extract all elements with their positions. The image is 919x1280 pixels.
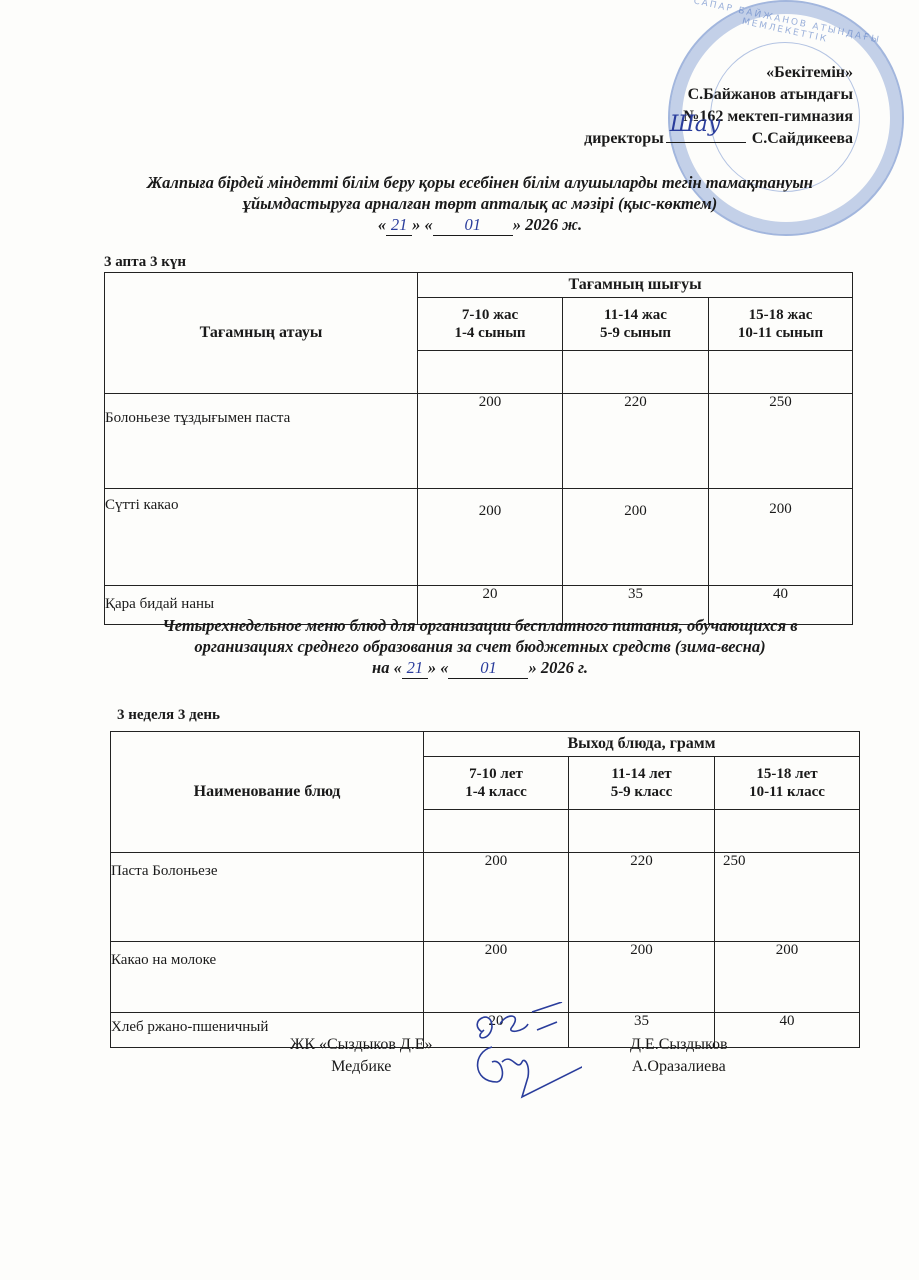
ru-date-day: 21 xyxy=(402,657,428,679)
table-row: Болоньезе тұздығымен паста 200 220 250 xyxy=(105,394,853,489)
signatory-name-1: Д.Е.Сыздыков xyxy=(630,1034,728,1056)
kz-name-header: Тағамның атауы xyxy=(105,273,418,394)
kz-title-line2: ұйымдастыруға арналған төрт апталық ас м… xyxy=(100,193,860,214)
ru-blank-cell xyxy=(424,810,569,853)
ru-blank-cell xyxy=(569,810,715,853)
portion-value: 220 xyxy=(569,853,715,942)
director-signature: Шау xyxy=(666,128,746,143)
kz-blank-cell xyxy=(563,351,709,394)
dish-name: Болоньезе тұздығымен паста xyxy=(105,394,418,489)
approval-heading: «Бекітемін» xyxy=(584,62,853,84)
portion-value: 200 xyxy=(569,942,715,1013)
signatory-role: Медбике xyxy=(290,1056,433,1078)
table-row: Паста Болоньезе 200 220 250 xyxy=(111,853,860,942)
kz-blank-cell xyxy=(418,351,563,394)
dish-name: Паста Болоньезе xyxy=(111,853,424,942)
ru-menu-table: Наименование блюд Выход блюда, грамм 7-1… xyxy=(110,731,860,1048)
portion-value: 200 xyxy=(715,942,860,1013)
kz-date-month: 01 xyxy=(433,214,513,236)
portion-value: 200 xyxy=(709,489,853,586)
kz-date-day: 21 xyxy=(386,214,412,236)
ru-blank-cell xyxy=(715,810,860,853)
portion-value: 200 xyxy=(418,394,563,489)
handwritten-signature-icon xyxy=(462,1002,582,1102)
signature-right-block: Д.Е.Сыздыков А.Оразалиева xyxy=(630,1034,728,1078)
kz-age-col-2: 11-14 жас5-9 сынып xyxy=(563,298,709,351)
ru-title-line2: организациях среднего образования за сче… xyxy=(100,636,860,657)
kz-menu-table: Тағамның атауы Тағамның шығуы 7-10 жас1-… xyxy=(104,272,853,625)
kz-group-header: Тағамның шығуы xyxy=(418,273,853,298)
approval-director-line: директорыШау С.Сайдикеева xyxy=(584,128,853,150)
kz-title: Жалпыға бірдей міндетті білім беру қоры … xyxy=(100,172,860,236)
portion-value: 250 xyxy=(715,853,860,942)
approval-line1: С.Байжанов атындағы xyxy=(584,84,853,106)
portion-value: 250 xyxy=(709,394,853,489)
ru-age-col-1: 7-10 лет1-4 класс xyxy=(424,757,569,810)
portion-value: 220 xyxy=(563,394,709,489)
dish-name: Сүтті какао xyxy=(105,489,418,586)
dish-name: Какао на молоке xyxy=(111,942,424,1013)
ru-date: на «21» «01» 2026 г. xyxy=(100,657,860,679)
ru-age-col-3: 15-18 лет10-11 класс xyxy=(715,757,860,810)
ru-name-header: Наименование блюд xyxy=(111,732,424,853)
ru-age-col-2: 11-14 лет5-9 класс xyxy=(569,757,715,810)
portion-value: 200 xyxy=(418,489,563,586)
portion-value: 40 xyxy=(715,1013,860,1048)
signature-left-block: ЖК «Сыздыков Д.Е» Медбике xyxy=(290,1034,433,1078)
kz-age-col-1: 7-10 жас1-4 сынып xyxy=(418,298,563,351)
kz-date: «21» «01» 2026 ж. xyxy=(100,214,860,236)
ru-date-month: 01 xyxy=(448,657,528,679)
kz-caption: 3 апта 3 күн xyxy=(104,254,186,271)
table-row: Сүтті какао 200 200 200 xyxy=(105,489,853,586)
approval-role: директоры xyxy=(584,130,664,147)
portion-value: 200 xyxy=(424,853,569,942)
portion-value: 200 xyxy=(563,489,709,586)
ru-title-line1: Четырехнедельное меню блюд для организац… xyxy=(100,615,860,636)
ru-caption: 3 неделя 3 день xyxy=(117,707,220,724)
kz-title-line1: Жалпыға бірдей міндетті білім беру қоры … xyxy=(100,172,860,193)
kz-age-col-3: 15-18 жас10-11 сынып xyxy=(709,298,853,351)
ru-title: Четырехнедельное меню блюд для организац… xyxy=(100,615,860,679)
signature-scribble-icon: Шау xyxy=(670,114,721,136)
approval-name: С.Сайдикеева xyxy=(752,130,853,147)
ru-group-header: Выход блюда, грамм xyxy=(424,732,860,757)
approval-block: «Бекітемін» С.Байжанов атындағы №162 мек… xyxy=(584,62,853,150)
kz-blank-cell xyxy=(709,351,853,394)
signatory-name-2: А.Оразалиева xyxy=(630,1056,728,1078)
signatory-org: ЖК «Сыздыков Д.Е» xyxy=(290,1034,433,1056)
